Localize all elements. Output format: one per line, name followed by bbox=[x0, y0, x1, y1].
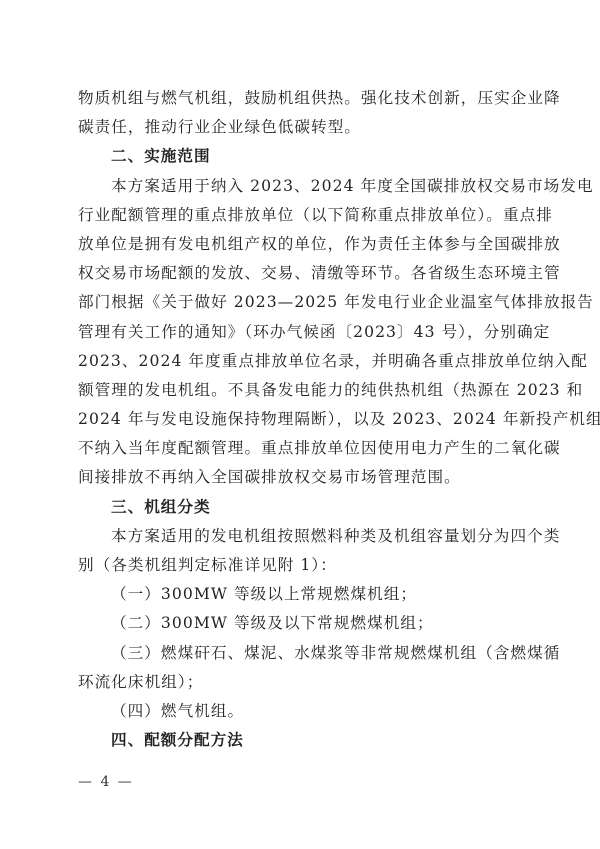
paragraph-line: 碳责任，推动行业企业绿色低碳转型。 bbox=[78, 113, 524, 142]
list-item: （四）燃气机组。 bbox=[78, 697, 524, 726]
paragraph-line: 部门根据《关于做好 2023—2025 年发电行业企业温室气体排放报告 bbox=[78, 288, 524, 317]
list-item: （二）300MW 等级及以下常规燃煤机组； bbox=[78, 609, 524, 638]
section-heading-scope: 二、实施范围 bbox=[78, 142, 524, 171]
paragraph-line: 管理有关工作的通知》（环办气候函〔2023〕43 号），分别确定 bbox=[78, 318, 524, 347]
paragraph-line: 物质机组与燃气机组，鼓励机组供热。强化技术创新，压实企业降 bbox=[78, 84, 524, 113]
document-page: 物质机组与燃气机组，鼓励机组供热。强化技术创新，压实企业降 碳责任，推动行业企业… bbox=[78, 84, 524, 755]
paragraph-line: 本方案适用于纳入 2023、2024 年度全国碳排放权交易市场发电 bbox=[78, 172, 524, 201]
section-heading-allocation-method: 四、配额分配方法 bbox=[78, 726, 524, 755]
paragraph-line: 本方案适用的发电机组按照燃料种类及机组容量划分为四个类 bbox=[78, 522, 524, 551]
paragraph-line: 行业配额管理的重点排放单位（以下简称重点排放单位）。重点排 bbox=[78, 201, 524, 230]
list-item-continuation: 环流化床机组）； bbox=[78, 668, 524, 697]
paragraph-line: 不纳入当年度配额管理。重点排放单位因使用电力产生的二氧化碳 bbox=[78, 434, 524, 463]
page-number: — 4 — bbox=[78, 774, 134, 790]
list-item: （三）燃煤矸石、煤泥、水煤浆等非常规燃煤机组（含燃煤循 bbox=[78, 639, 524, 668]
paragraph-line: 权交易市场配额的发放、交易、清缴等环节。各省级生态环境主管 bbox=[78, 259, 524, 288]
section-heading-unit-classification: 三、机组分类 bbox=[78, 493, 524, 522]
paragraph-line: 放单位是拥有发电机组产权的单位，作为责任主体参与全国碳排放 bbox=[78, 230, 524, 259]
paragraph-line: 2024 年与发电设施保持物理隔断），以及 2023、2024 年新投产机组 bbox=[78, 405, 524, 434]
paragraph-line: 额管理的发电机组。不具备发电能力的纯供热机组（热源在 2023 和 bbox=[78, 376, 524, 405]
paragraph-line: 2023、2024 年度重点排放单位名录，并明确各重点排放单位纳入配 bbox=[78, 347, 524, 376]
paragraph-line: 间接排放不再纳入全国碳排放权交易市场管理范围。 bbox=[78, 463, 524, 492]
list-item: （一）300MW 等级以上常规燃煤机组； bbox=[78, 580, 524, 609]
paragraph-line: 别（各类机组判定标准详见附 1）： bbox=[78, 551, 524, 580]
